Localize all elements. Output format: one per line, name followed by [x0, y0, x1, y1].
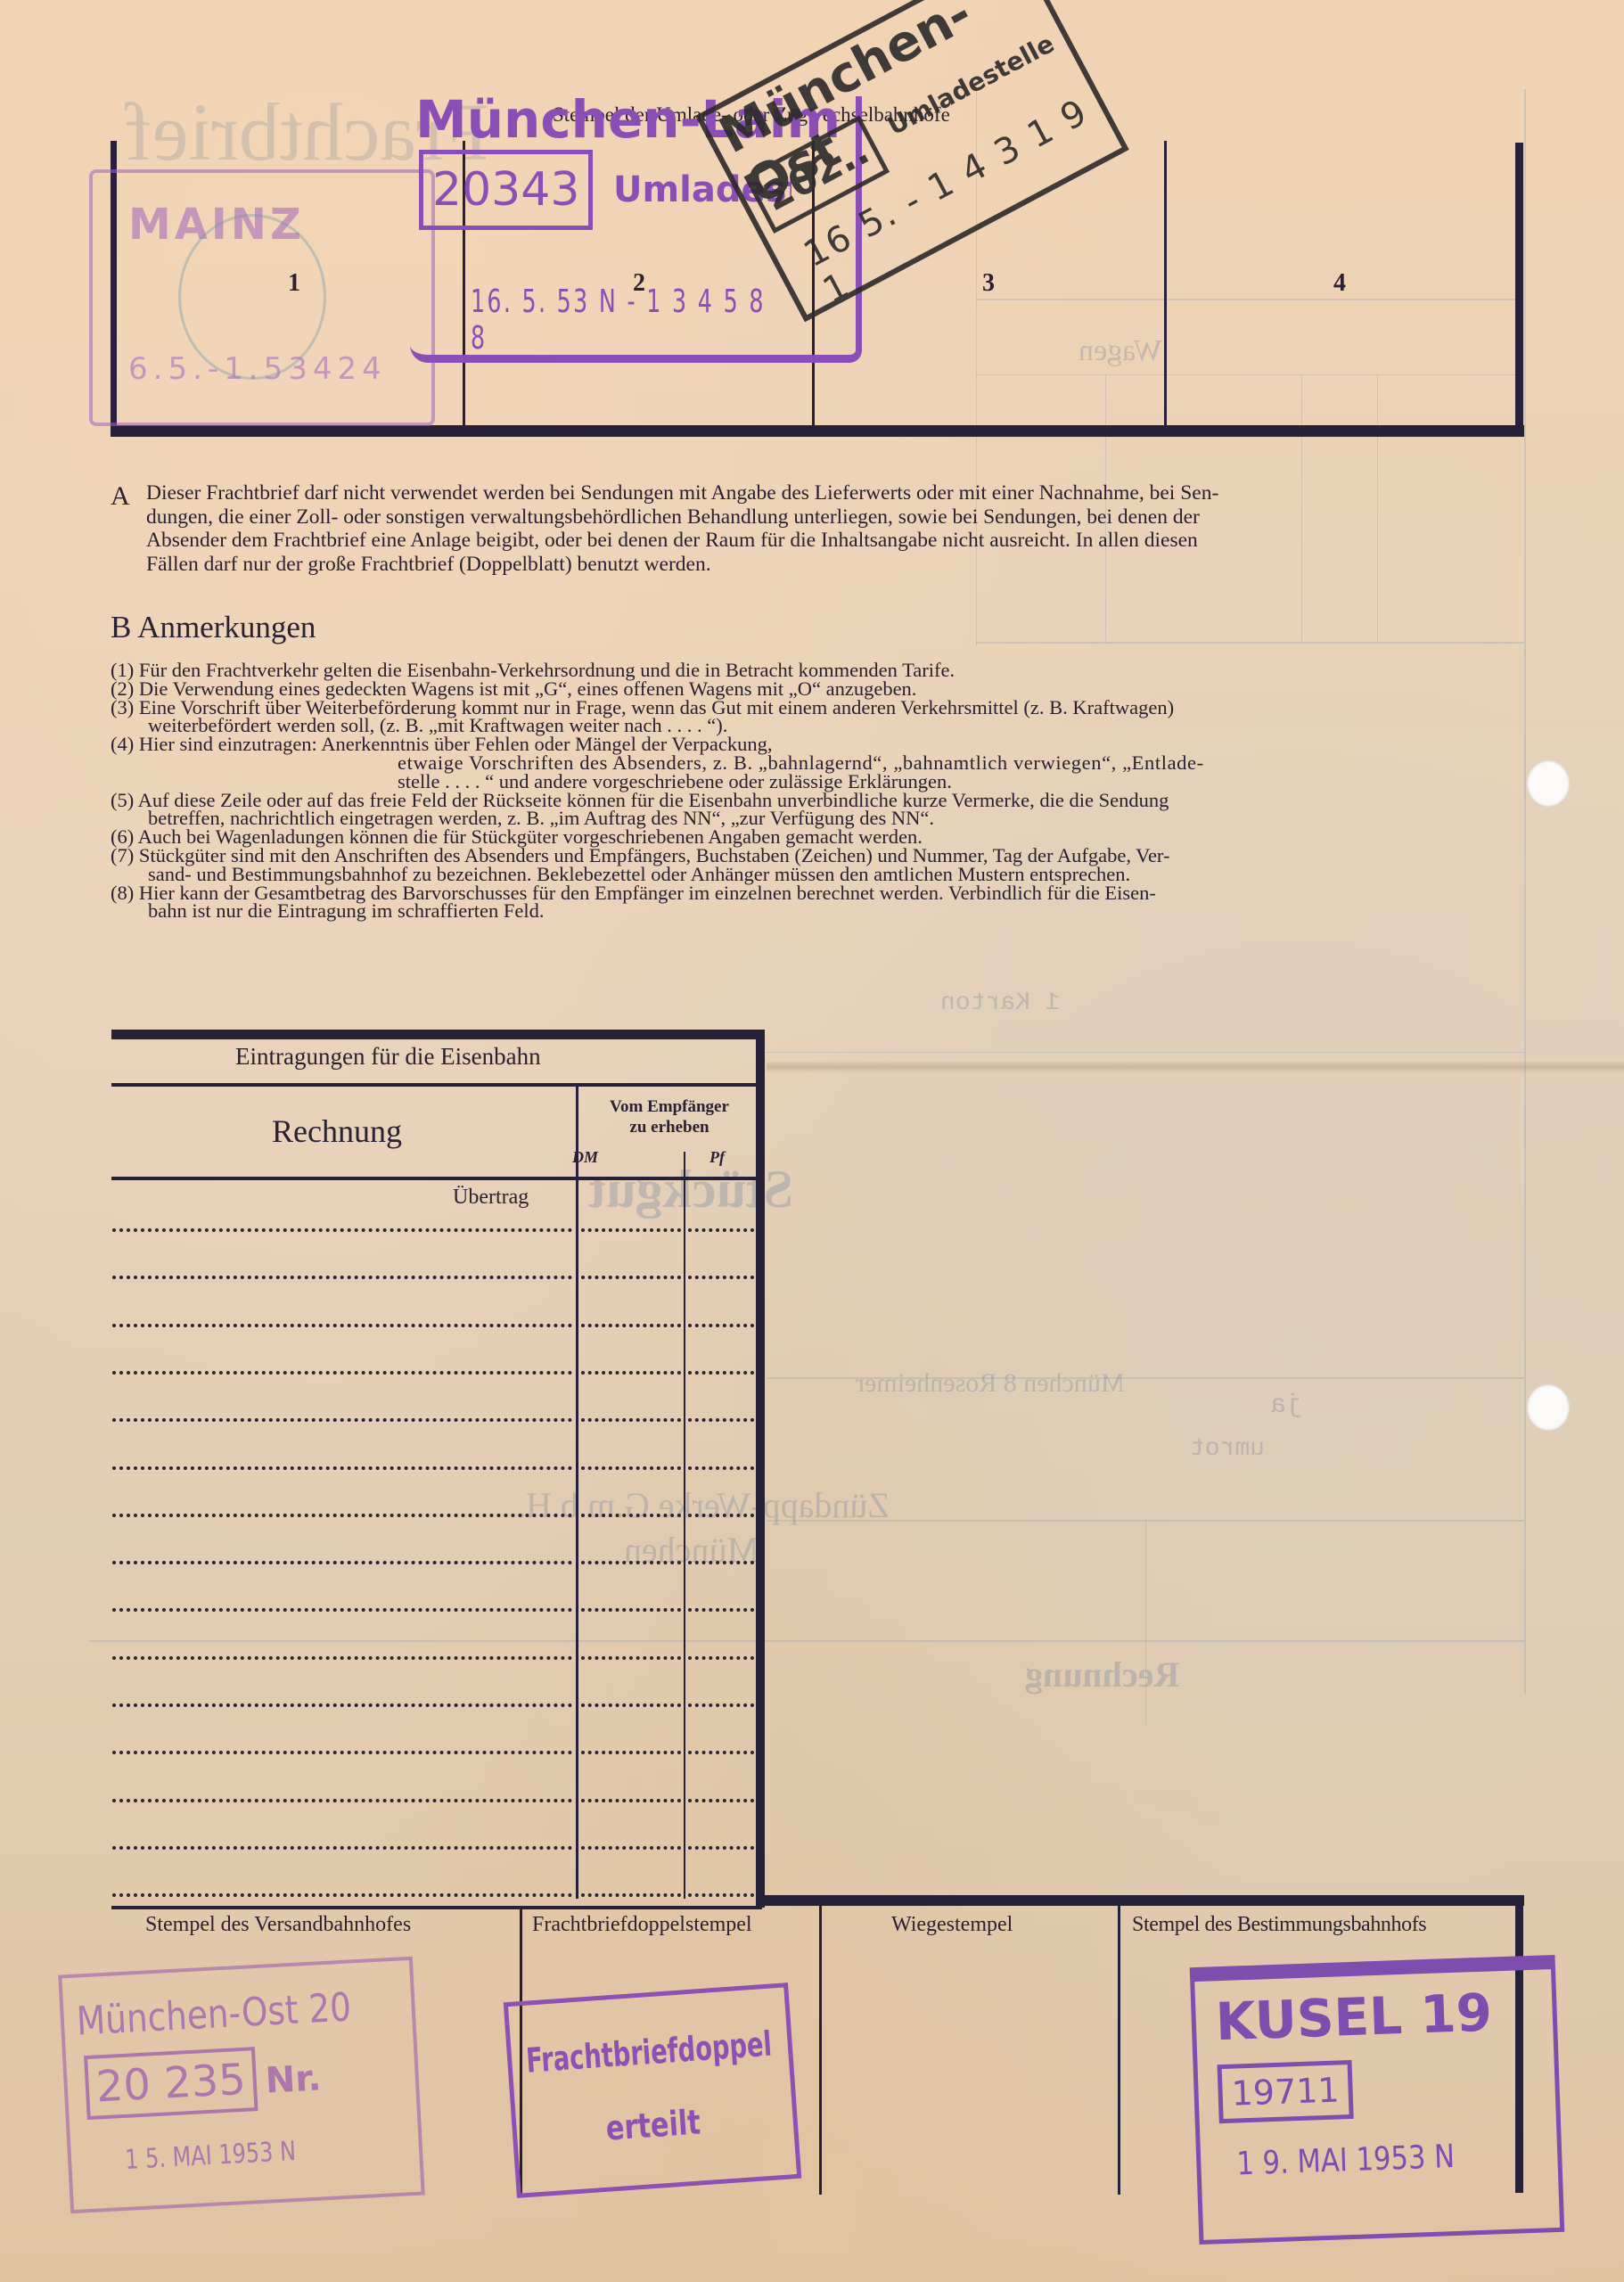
stamp-kusel-station: KUSEL 19	[1215, 1982, 1493, 2052]
table-row-line	[688, 1751, 754, 1754]
show-through-rule	[976, 299, 1520, 300]
table-row-line	[581, 1751, 681, 1754]
table-row-line	[688, 1799, 754, 1802]
table-row-line	[688, 1514, 754, 1517]
punch-hole	[1527, 760, 1570, 807]
table-row-line	[581, 1324, 681, 1327]
stamp-doppel-line2: erteilt	[604, 2102, 701, 2147]
stamp-doppel-line1: Frachtbriefdoppel	[525, 2024, 773, 2081]
table-row-line	[688, 1561, 754, 1564]
show-through-rule	[767, 1052, 1524, 1053]
dm-pf-divider-head	[684, 1152, 685, 1178]
show-through-word: Rechnung	[1025, 1654, 1179, 1695]
show-through-rule	[89, 1640, 1524, 1642]
fold-crease	[767, 1061, 1624, 1073]
header-rule	[111, 1177, 758, 1180]
show-through-word: ja	[1270, 1391, 1302, 1421]
frame-right-edge	[1515, 143, 1523, 437]
stamp-ost-station: München-Ost 20	[76, 1984, 353, 2044]
table-row-line	[112, 1418, 572, 1422]
col-frachtbriefdoppelstempel: Frachtbriefdoppelstempel	[532, 1913, 752, 1937]
show-through-word: Wagen	[1079, 334, 1162, 368]
table-row-line	[112, 1466, 572, 1470]
table-row-line	[112, 1656, 572, 1660]
table-row-line	[688, 1846, 754, 1850]
section-a-letter: A	[111, 481, 130, 512]
table-row-line	[581, 1846, 681, 1850]
row-uebertrag: Übertrag	[453, 1186, 529, 1210]
table-row-line	[688, 1228, 754, 1232]
table-row-line	[688, 1418, 754, 1422]
section-a-line: Dieser Frachtbrief darf nicht verwendet …	[146, 481, 1523, 505]
note-8-cont: bahn ist nur die Eintragung im schraffie…	[111, 902, 1528, 921]
stamp-kusel-date: 1 9. MAI 1953 N	[1236, 2138, 1456, 2183]
table-row-line	[581, 1371, 681, 1375]
table-row-line	[581, 1608, 681, 1612]
stamp-ost-date: 1 5. MAI 1953 N	[124, 2136, 296, 2176]
bottom-top-bar	[758, 1895, 1524, 1906]
dm-pf-divider	[684, 1180, 685, 1899]
col-versandbahnhof: Stempel des Versandbahnhofes	[145, 1913, 411, 1937]
table-row-line	[581, 1561, 681, 1564]
section-a-line: Fällen darf nur der große Frachtbrief (D…	[146, 553, 1523, 577]
show-through-word: umrot	[1190, 1435, 1265, 1463]
amount-divider	[576, 1180, 578, 1899]
table-row-line	[112, 1799, 572, 1802]
show-through-word: München 8 Rosenheimer	[856, 1368, 1125, 1399]
table-row-line	[688, 1608, 754, 1612]
show-through-word: Zündapp-Werke G.m.b.H.	[517, 1484, 890, 1526]
section-b-notes: (1) Für den Frachtverkehr gelten die Eis…	[111, 661, 1528, 921]
table-row-line	[112, 1276, 572, 1279]
table-right-edge	[756, 1030, 765, 1908]
table-row-line	[581, 1514, 681, 1517]
field-number-4: 4	[1333, 269, 1346, 298]
table-row-line	[688, 1466, 754, 1470]
bottom-top-rule	[111, 1906, 762, 1909]
stamp-laim-code: 20343	[419, 150, 593, 230]
header-divider	[576, 1087, 578, 1179]
stamp-kusel: KUSEL 19 19711 1 9. MAI 1953 N	[1190, 1955, 1565, 2245]
column-amount-header: Vom Empfänger zu erheben	[594, 1096, 745, 1137]
stamp-laim-date: 16. 5. 53 N - 1 3 4 5 8 8	[471, 283, 771, 357]
section-a-line: Absender dem Frachtbrief eine Anlage bei…	[146, 529, 1523, 553]
table-row-line	[581, 1466, 681, 1470]
table-title-rule	[111, 1083, 758, 1087]
frame-divider	[1164, 141, 1167, 428]
table-row-line	[581, 1799, 681, 1802]
table-row-line	[581, 1276, 681, 1279]
col-bestimmungsbahnhof: Stempel des Bestimmungsbahnhofs	[1132, 1913, 1426, 1937]
stamp-frachtbriefdoppel: Frachtbriefdoppel erteilt	[504, 1982, 802, 2198]
column-rechnung: Rechnung	[272, 1112, 402, 1150]
stamp-muenchen-ost: München-Ost 20 20 235 Nr. 1 5. MAI 1953 …	[58, 1957, 424, 2213]
table-row-line	[581, 1228, 681, 1232]
table-row-line	[112, 1893, 572, 1897]
table-row-line	[581, 1893, 681, 1897]
section-b-title: B Anmerkungen	[111, 610, 316, 645]
table-row-line	[112, 1751, 572, 1754]
table-row-line	[112, 1371, 572, 1375]
bottom-divider	[819, 1906, 822, 2195]
table-row-line	[581, 1703, 681, 1707]
show-through-rule	[976, 374, 1520, 375]
table-top-bar	[111, 1030, 765, 1039]
field-number-3: 3	[982, 269, 995, 298]
column-pf: Pf	[709, 1148, 725, 1167]
table-row-line	[112, 1608, 572, 1612]
table-title: Eintragungen für die Eisenbahn	[235, 1043, 541, 1071]
table-row-line	[688, 1893, 754, 1897]
table-row-line	[688, 1276, 754, 1279]
table-row-line	[688, 1324, 754, 1327]
frame-bottom-bar	[111, 425, 1524, 437]
section-a-text: Dieser Frachtbrief darf nicht verwendet …	[146, 481, 1523, 576]
table-row-line	[688, 1656, 754, 1660]
table-row-line	[581, 1656, 681, 1660]
stamp-ost-nr: Nr.	[265, 2057, 323, 2101]
table-row-line	[112, 1514, 572, 1517]
table-row-line	[688, 1703, 754, 1707]
table-row-line	[112, 1846, 572, 1850]
stamp-ost-code: 20 235	[84, 2047, 258, 2120]
table-row-line	[112, 1228, 572, 1232]
section-a-line: dungen, die einer Zoll- oder sonstigen v…	[146, 505, 1523, 529]
table-row-line	[688, 1371, 754, 1375]
table-row-line	[112, 1324, 572, 1327]
col-wiegestempel: Wiegestempel	[891, 1913, 1013, 1937]
show-through-word: 1 Karton	[940, 989, 1060, 1017]
table-row-line	[112, 1703, 572, 1707]
table-row-line	[581, 1418, 681, 1422]
punch-hole	[1527, 1384, 1570, 1431]
stamp-kusel-code: 19711	[1218, 2060, 1354, 2123]
show-through-rule	[976, 642, 1524, 644]
eagle-seal	[178, 214, 326, 380]
bottom-divider	[1118, 1906, 1120, 2195]
table-row-line	[112, 1561, 572, 1564]
